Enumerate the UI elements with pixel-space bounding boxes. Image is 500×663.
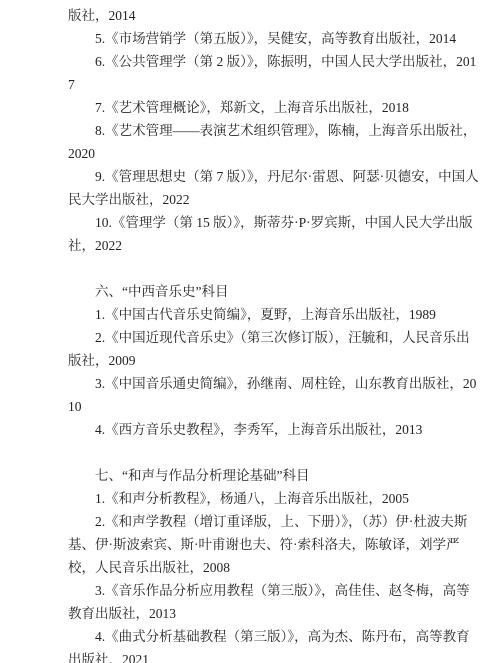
book-item: 8.《艺术管理——表演艺术组织管理》，陈楠，上海音乐出版社，2020 [68, 119, 480, 165]
book-item: 1.《和声分析教程》，杨通八，上海音乐出版社，2005 [68, 487, 480, 510]
section-heading: 七、“和声与作品分析理论基础”科目 [68, 464, 480, 487]
book-item: 3.《中国音乐通史简编》，孙继南、周柱铨，山东教育出版社，2010 [68, 372, 480, 418]
book-item: 10.《管理学（第 15 版）》，斯蒂芬·P·罗宾斯，中国人民大学出版社，202… [68, 211, 480, 257]
book-item: 5.《市场营销学（第五版）》，吴健安，高等教育出版社，2014 [68, 27, 480, 50]
book-item: 4.《曲式分析基础教程（第三版）》，高为杰、陈丹布，高等教育出版社，2021 [68, 625, 480, 663]
paragraph-continuation: 版社，2014 [68, 4, 480, 27]
book-item: 9.《管理思想史（第 7 版）》，丹尼尔·雷恩、阿瑟·贝德安，中国人民大学出版社… [68, 165, 480, 211]
book-item: 2.《和声学教程（增订重译版，上、下册）》，（苏）伊·杜波夫斯基、伊·斯波索宾、… [68, 510, 480, 579]
document-page: 版社，2014 5.《市场营销学（第五版）》，吴健安，高等教育出版社，2014 … [0, 0, 500, 663]
book-item: 6.《公共管理学（第 2 版）》，陈振明，中国人民大学出版社，2017 [68, 50, 480, 96]
section-chinese-western-music-history: 六、“中西音乐史”科目 1.《中国古代音乐史简编》，夏野，上海音乐出版社，198… [68, 280, 480, 441]
book-item: 2.《中国近现代音乐史》（第三次修订版），汪毓和，人民音乐出版社，2009 [68, 326, 480, 372]
book-item: 7.《艺术管理概论》，郑新文，上海音乐出版社，2018 [68, 96, 480, 119]
section-harmony-and-analysis: 七、“和声与作品分析理论基础”科目 1.《和声分析教程》，杨通八，上海音乐出版社… [68, 464, 480, 663]
book-item: 4.《西方音乐史教程》，李秀军，上海音乐出版社，2013 [68, 418, 480, 441]
book-item: 1.《中国古代音乐史简编》，夏野，上海音乐出版社，1989 [68, 303, 480, 326]
book-item: 3.《音乐作品分析应用教程（第三版）》，高佳佳、赵冬梅，高等教育出版社，2013 [68, 579, 480, 625]
section-heading: 六、“中西音乐史”科目 [68, 280, 480, 303]
